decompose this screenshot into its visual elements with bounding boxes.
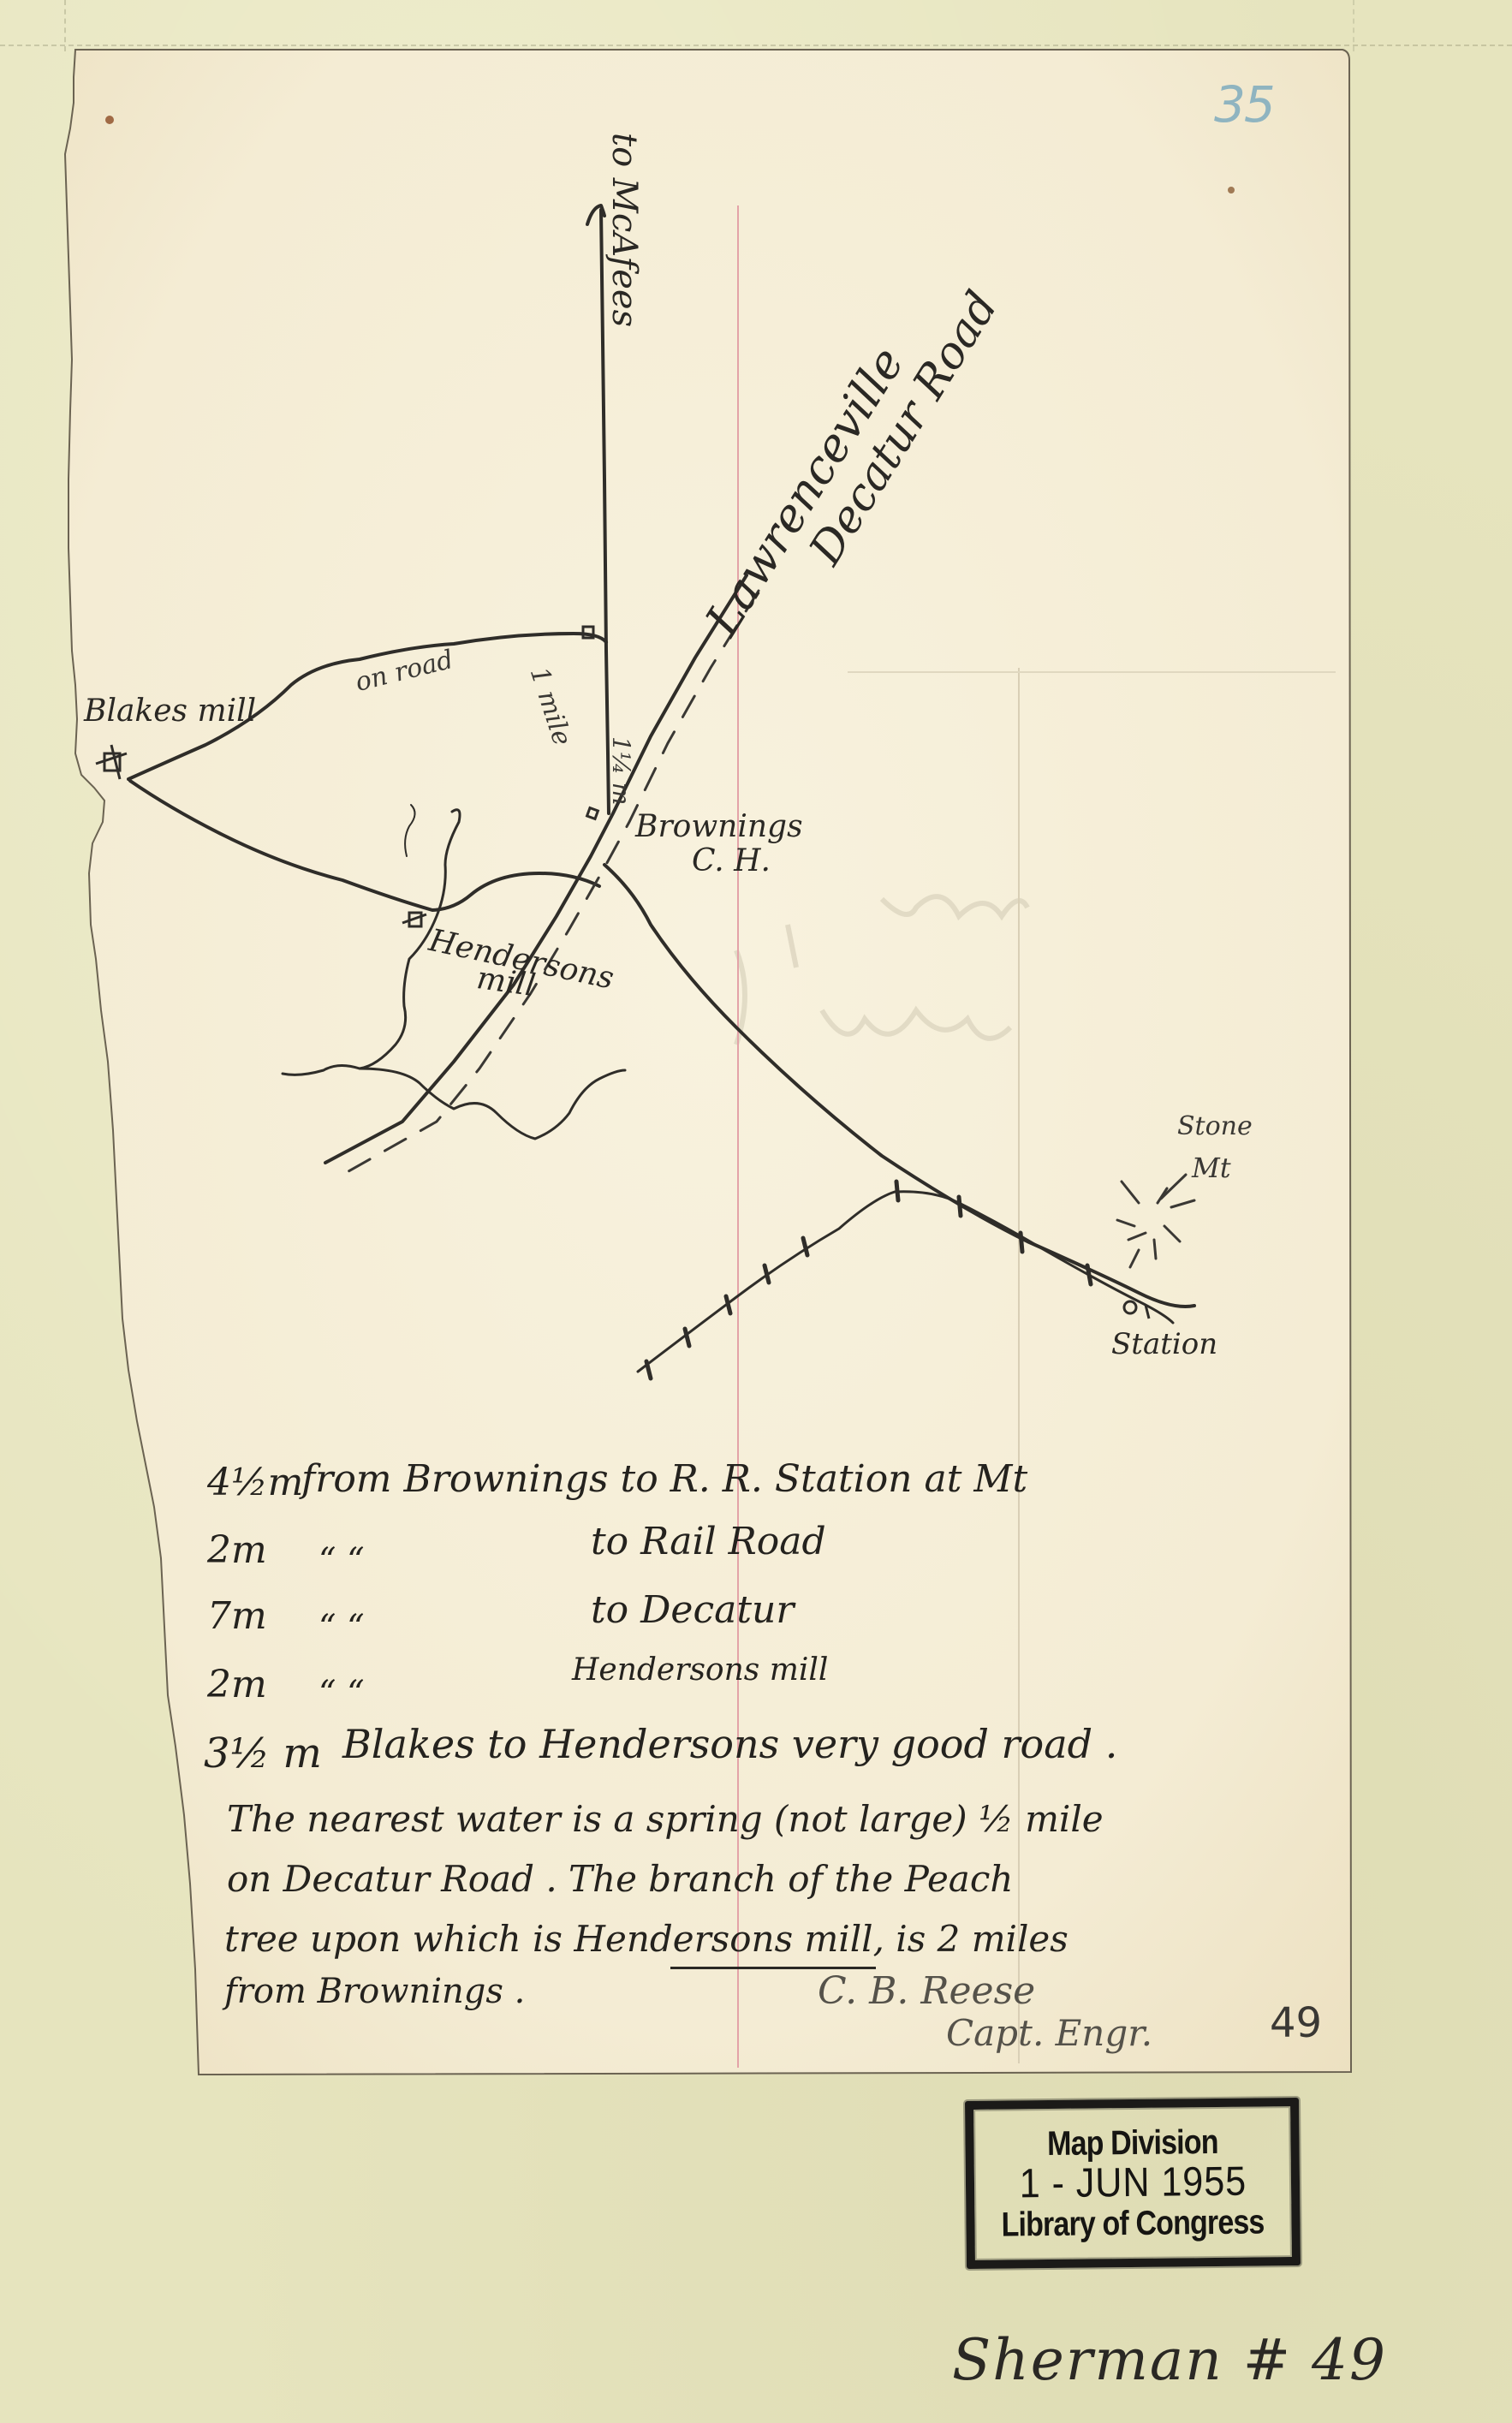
- note-dist: 3½ m: [204, 1729, 322, 1777]
- note-dist: 2m: [207, 1528, 267, 1572]
- label-distance-1q: 1¼ m: [607, 736, 635, 805]
- note-dist: 2m: [207, 1663, 267, 1706]
- manuscript-map: [0, 0, 1512, 2423]
- note-dist: 7m: [207, 1594, 267, 1638]
- note-ditto: “ “: [318, 1674, 365, 1713]
- note-dist: 4½m: [207, 1461, 303, 1504]
- note-text: Blakes to Hendersons very good road .: [342, 1721, 1117, 1767]
- paragraph-line: tree upon which is Hendersons mill, is 2…: [224, 1918, 1069, 1960]
- label-stone: Stone: [1177, 1111, 1253, 1141]
- label-mt: Mt: [1192, 1152, 1231, 1184]
- note-text: to Decatur: [591, 1588, 794, 1632]
- stamp-line-3: Library of Congress: [1002, 2205, 1265, 2241]
- stamp-line-1: Map Division: [1047, 2125, 1218, 2161]
- stamp-line-2: 1 - JUN 1955: [1019, 2159, 1247, 2208]
- note-text: to Rail Road: [591, 1520, 826, 1563]
- label-to-mcafees: to McAfees: [604, 133, 644, 327]
- label-brownings-ch: C. H.: [692, 843, 771, 878]
- paragraph-line: on Decatur Road . The branch of the Peac…: [227, 1858, 1013, 1900]
- paragraph-line: from Brownings .: [224, 1972, 525, 2011]
- note-ditto: “ “: [318, 1541, 365, 1581]
- paragraph-line: The nearest water is a spring (not large…: [227, 1798, 1104, 1840]
- signature-title: Capt. Engr.: [946, 2012, 1152, 2054]
- page-number: 49: [1270, 1999, 1322, 2047]
- note-text: from Brownings to R. R. Station at Mt: [301, 1457, 1027, 1501]
- corner-number: 35: [1214, 75, 1274, 134]
- library-stamp: Map Division 1 - JUN 1955 Library of Con…: [965, 2098, 1301, 2269]
- catalog-note: Sherman # 49: [952, 2327, 1387, 2393]
- note-text: Hendersons mill: [572, 1652, 828, 1688]
- note-ditto: “ “: [318, 1608, 365, 1647]
- label-brownings: Brownings: [635, 809, 803, 844]
- signature-name: C. B. Reese: [818, 1969, 1035, 2013]
- label-blakes-mill: Blakes mill: [84, 694, 256, 729]
- label-station: Station: [1111, 1327, 1217, 1361]
